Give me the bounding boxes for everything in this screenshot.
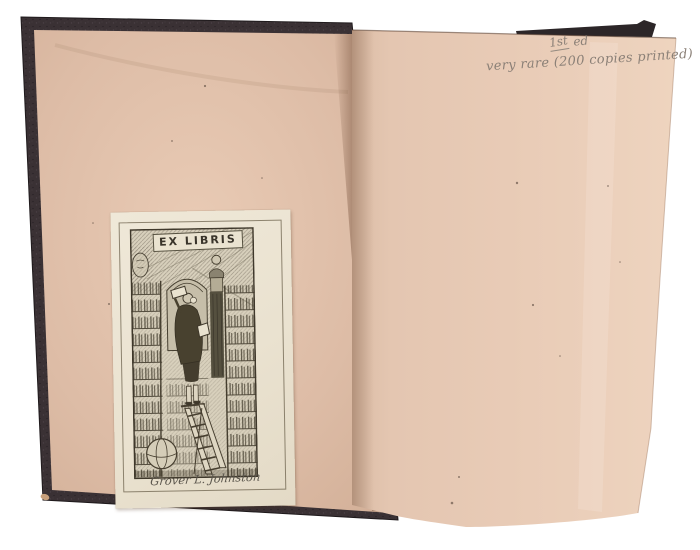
bookplate-etching: [130, 227, 258, 479]
globe: [146, 438, 177, 469]
edition-word: ed: [572, 33, 588, 48]
photo-open-book: EX LIBRIS Grover L. Johnston 1sted very …: [0, 0, 700, 550]
flyleaf-page: [352, 30, 676, 527]
book-illustration: [0, 0, 700, 550]
bookplate: EX LIBRIS Grover L. Johnston: [110, 209, 295, 508]
wall-portrait: [130, 247, 153, 283]
bookshelf-right: [225, 285, 258, 477]
edition-number: 1st: [548, 33, 569, 52]
bust-on-post: [209, 255, 225, 378]
